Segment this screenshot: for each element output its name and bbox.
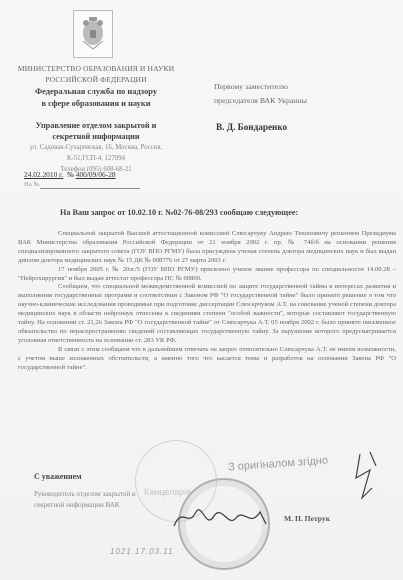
- incoming-number: 1021 17.03.11: [110, 547, 174, 556]
- number-label: №: [67, 170, 74, 179]
- ministry-name: МИНИСТЕРСТВО ОБРАЗОВАНИЯ И НАУКИ РОССИЙС…: [8, 64, 184, 85]
- addressee-line-1: Первому заместителю: [214, 80, 307, 94]
- address-line-2: К-51,ГСП-4, 127994: [8, 153, 184, 164]
- department-name: Управление отделом закрытой и секретной …: [8, 120, 184, 142]
- signatory-title-line-1: Руководитель отделом закрытой и: [34, 489, 184, 500]
- addressee-block: Первому заместителю председателя ВАК Укр…: [214, 80, 307, 107]
- service-line-2: в сфере образования и науки: [8, 98, 184, 110]
- reply-to-label: На №: [24, 181, 40, 188]
- body-paragraph: Специальной закрытой Высшей аттестационн…: [18, 230, 396, 266]
- certified-copy-stamp: З оригіналом згідно: [228, 455, 329, 474]
- handwritten-mark-icon: [350, 448, 380, 508]
- body-paragraph: В связи с этим сообщаем что в дальнейшем…: [18, 346, 396, 373]
- signature-icon: [170, 498, 270, 538]
- registration-line: 24.02.2010 г. № 400/09/06-28: [24, 170, 116, 179]
- letter-body: Специальной закрытой Высшей аттестационн…: [18, 230, 396, 373]
- addressee-name: В. Д. Бондаренко: [216, 122, 287, 132]
- document-page: МИНИСТЕРСТВО ОБРАЗОВАНИЯ И НАУКИ РОССИЙС…: [0, 0, 403, 580]
- closing-phrase: С уважением: [34, 472, 82, 481]
- body-paragraph: Сообщаем, что специальной межведомственн…: [18, 283, 396, 345]
- document-number: 400/09/06-28: [76, 170, 116, 179]
- coat-of-arms-icon: [73, 10, 113, 58]
- service-name: Федеральная служба по надзору в сфере об…: [8, 86, 184, 109]
- subject-line: На Ваш запрос от 10.02.10 г. №02-76-08/2…: [60, 208, 298, 217]
- ministry-line-2: РОССИЙСКОЙ ФЕДЕРАЦИИ: [8, 75, 184, 86]
- ministry-line-1: МИНИСТЕРСТВО ОБРАЗОВАНИЯ И НАУКИ: [8, 64, 184, 75]
- addressee-line-2: председателя ВАК Украины: [214, 94, 307, 108]
- body-paragraph: 17 ноября 2005 г. № 20зс/5 (ГОУ ВПО РГМУ…: [18, 266, 396, 284]
- service-line-1: Федеральная служба по надзору: [8, 86, 184, 98]
- reply-to-line: [40, 188, 140, 189]
- department-line-1: Управление отделом закрытой и: [8, 120, 184, 131]
- document-date: 24.02.2010 г.: [24, 170, 63, 179]
- signatory-name: М. П. Петрук: [284, 514, 330, 523]
- department-line-2: секретной информации: [8, 131, 184, 142]
- signatory-title-line-2: секретной информации ВАК: [34, 500, 184, 511]
- address-line-1: ул. Садовая-Сухаревская, 16, Москва, Рос…: [8, 142, 184, 153]
- signatory-title: Руководитель отделом закрытой и секретно…: [34, 489, 184, 511]
